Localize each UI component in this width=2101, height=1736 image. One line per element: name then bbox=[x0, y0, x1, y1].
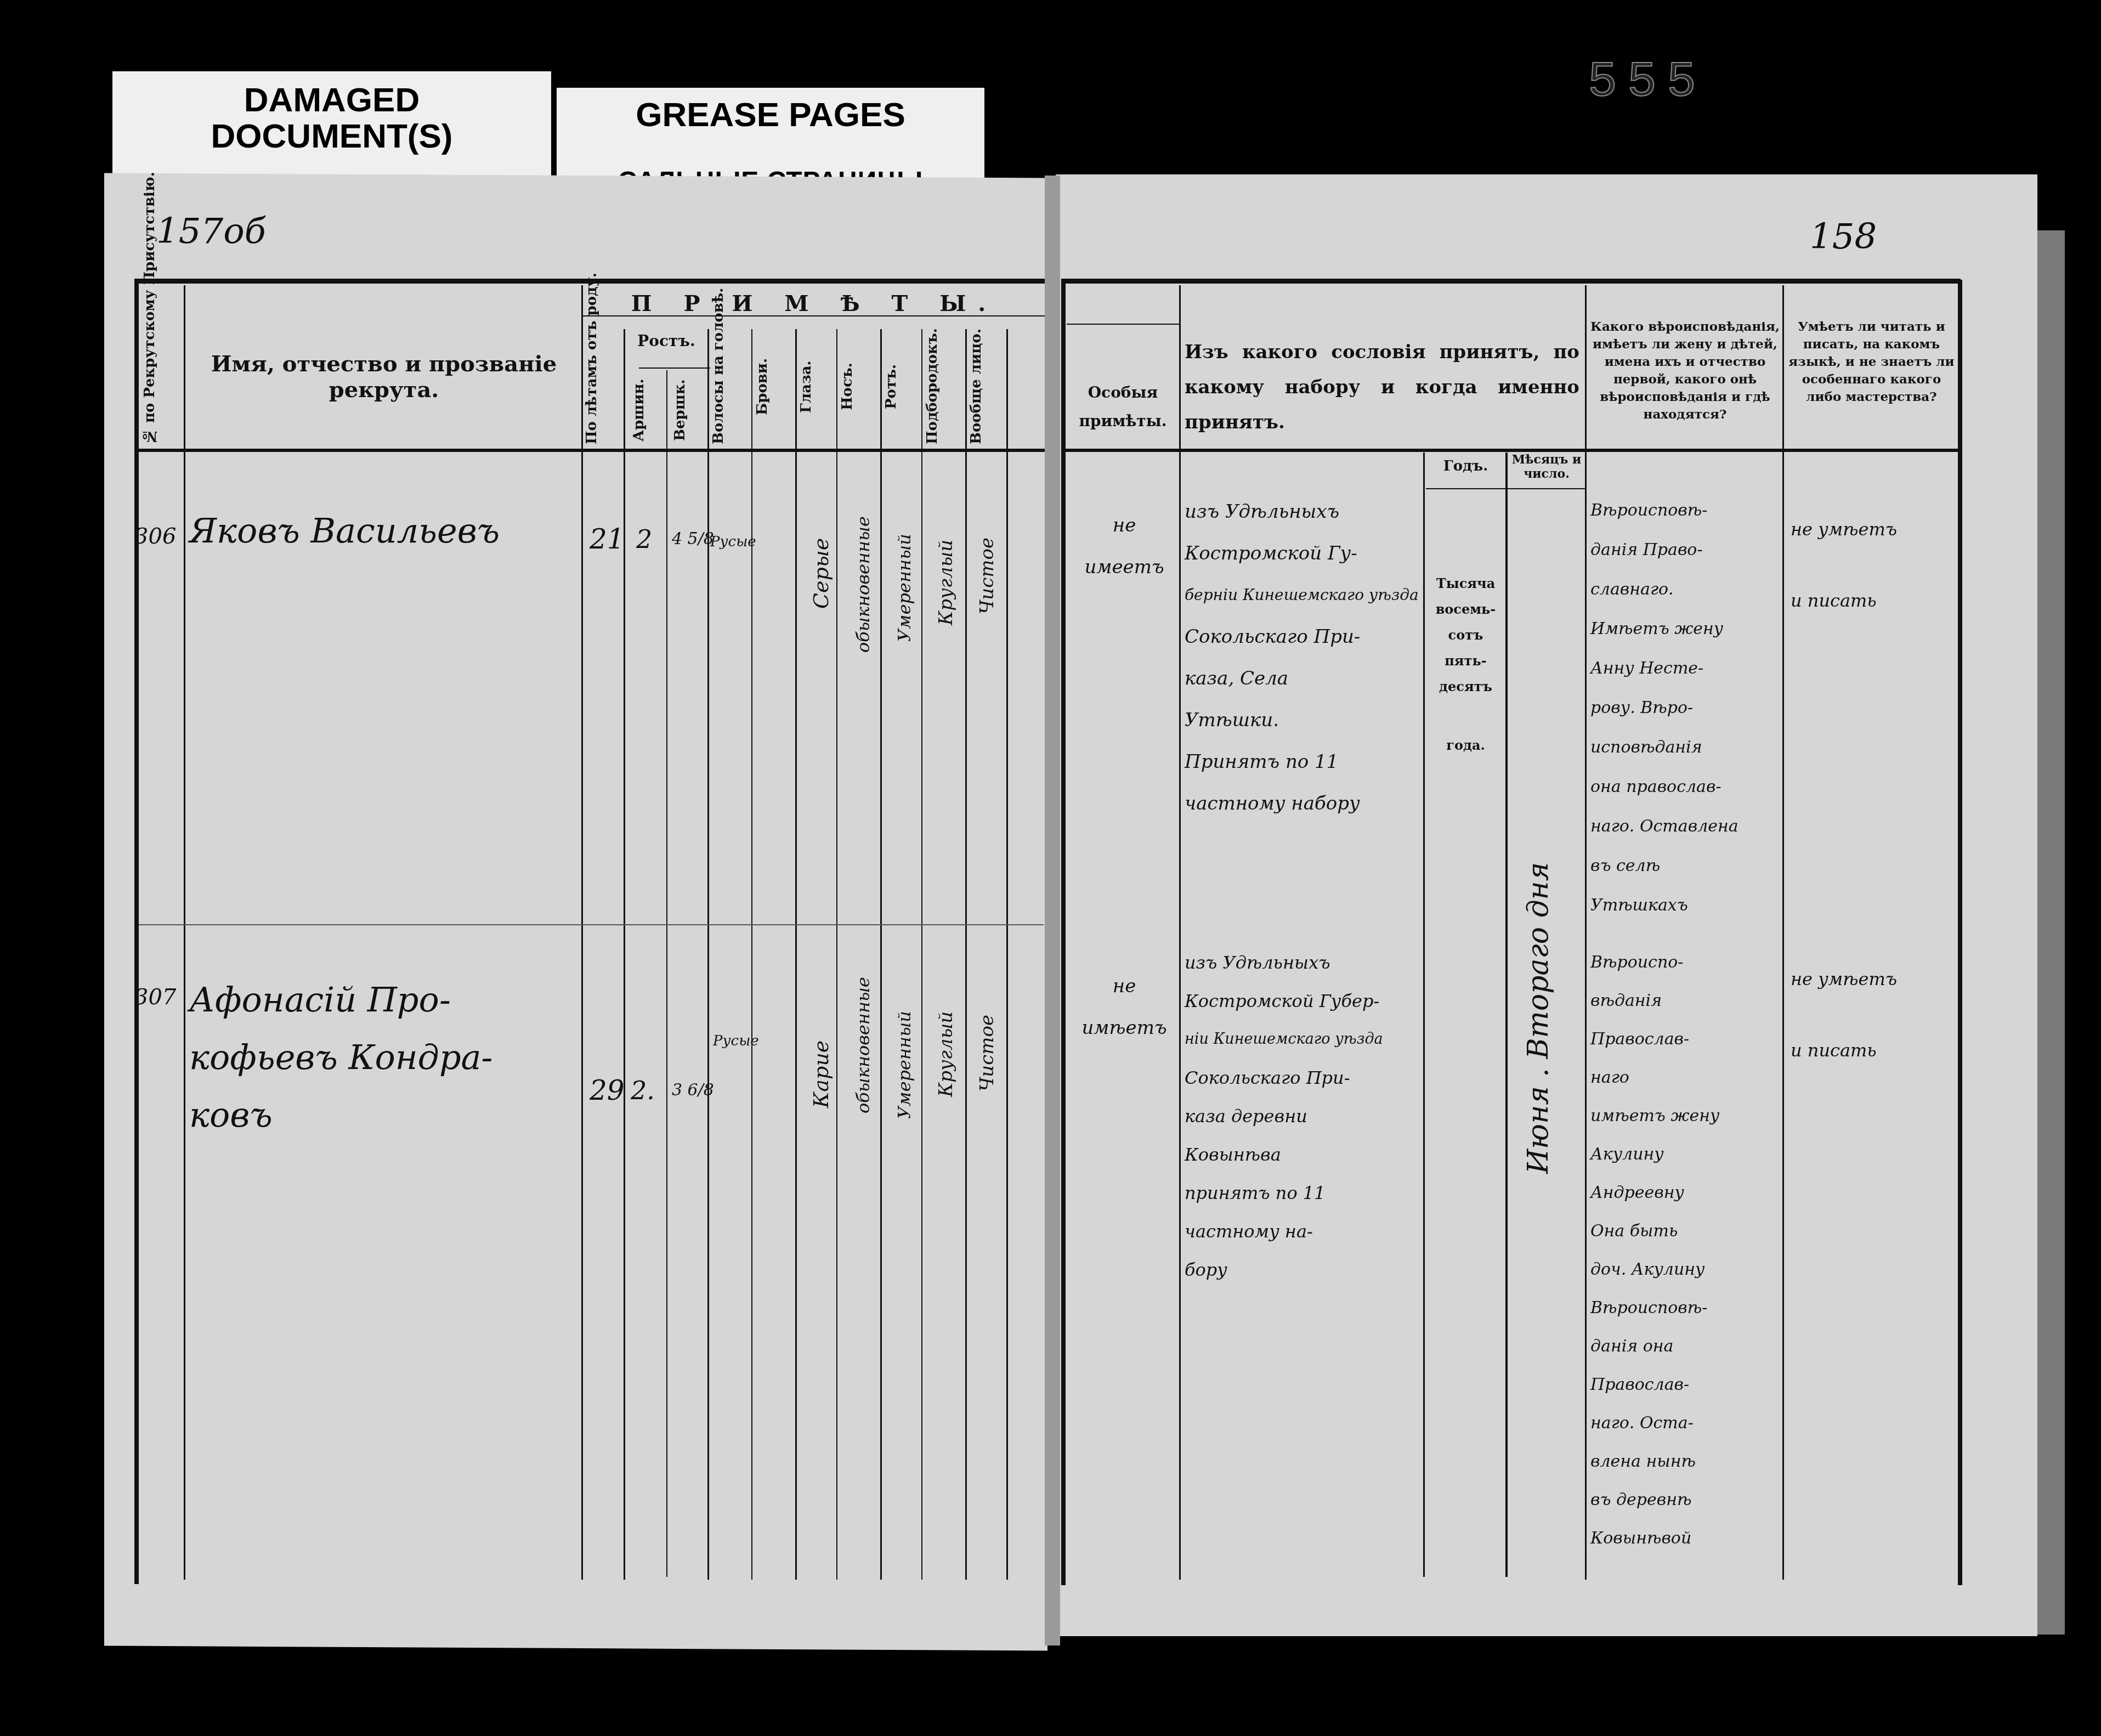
header-vershok: Вершк. bbox=[672, 376, 702, 444]
month-day-value: Июня . Втораго дня bbox=[1522, 647, 1555, 1174]
header-number: № по Рекрутскому Присутствію. bbox=[141, 291, 180, 444]
left-row-divider bbox=[139, 924, 1044, 925]
col-divider bbox=[184, 285, 185, 1580]
header-eyes: Глаза. bbox=[798, 329, 834, 444]
estate-line: бору bbox=[1185, 1251, 1420, 1289]
right-outer-border-left bbox=[1061, 280, 1066, 1585]
grease-pages-tab: GREASE PAGES САЛЬНЫЕ СТРАНИЦЫ bbox=[557, 88, 984, 178]
religion-line: Православ- bbox=[1590, 1366, 1780, 1404]
row2-arshin: 2. bbox=[631, 1070, 655, 1111]
damaged-documents-tab: DAMAGED DOCUMENT(S) bbox=[112, 71, 551, 178]
estate-line: берніи Кинешемскаго уѣзда bbox=[1185, 574, 1420, 616]
left-outer-border bbox=[134, 279, 139, 1584]
year-word: сотъ пять- bbox=[1426, 622, 1505, 674]
year-word: восемь- bbox=[1426, 596, 1505, 622]
row1-face: Чистое bbox=[976, 488, 998, 614]
header-literacy: Умѣетъ ли читать и писать, на какомъ язы… bbox=[1785, 318, 1958, 406]
religion-line: наго. Оставлена bbox=[1590, 807, 1780, 846]
religion-line: Имѣетъ жену bbox=[1590, 609, 1780, 649]
estate-line: Ковынѣва bbox=[1185, 1135, 1420, 1174]
right-outer-border-right bbox=[1958, 280, 1962, 1585]
row2-eyes: обыкновенные bbox=[853, 932, 874, 1113]
right-page-number: 158 bbox=[1810, 217, 1877, 257]
header-age: По лѣтамъ отъ роду. bbox=[584, 329, 622, 444]
estate-line: частному набору bbox=[1185, 783, 1420, 824]
col-divider bbox=[795, 329, 797, 1580]
header-estate: Изъ какого сословія принятъ, по какому н… bbox=[1185, 335, 1579, 440]
estate-line: Сокольскаго При- bbox=[1185, 616, 1420, 658]
header-hair: Волосы на головѣ. bbox=[710, 329, 749, 444]
col-divider bbox=[1585, 285, 1587, 1580]
estate-line: каза деревни bbox=[1185, 1097, 1420, 1135]
row2-special: не имѣетъ bbox=[1075, 965, 1174, 1049]
row1-literacy: не умѣетъ и писать bbox=[1791, 494, 1955, 636]
header-face: Вообще лицо. bbox=[968, 329, 1004, 444]
religion-line: Вѣроиспо- bbox=[1590, 943, 1780, 982]
religion-line: данія она bbox=[1590, 1327, 1780, 1366]
header-name: Имя, отчество и прозваніе рекрута. bbox=[189, 351, 579, 403]
estate-line: частному на- bbox=[1185, 1212, 1420, 1251]
estate-line: Утѣшки. bbox=[1185, 699, 1420, 741]
row1-vershok: 4 5/8 bbox=[672, 518, 714, 560]
right-header-bottom-border bbox=[1061, 449, 1961, 452]
height-divider bbox=[639, 367, 710, 369]
estate-line: ніи Кинешемскаго уѣзда bbox=[1185, 1020, 1420, 1059]
religion-line: она православ- bbox=[1590, 767, 1780, 807]
row1-age: 21 bbox=[590, 518, 625, 560]
left-page-number: 157об bbox=[156, 211, 266, 252]
estate-line: Принятъ по 11 bbox=[1185, 741, 1420, 783]
religion-line: Утѣшкахъ bbox=[1590, 886, 1780, 925]
literacy-line: не умѣетъ bbox=[1791, 494, 1955, 565]
col-divider bbox=[965, 329, 967, 1580]
row1-hair: Русые bbox=[710, 521, 756, 563]
row1-number: 306 bbox=[134, 516, 176, 557]
col-divider bbox=[751, 329, 752, 1580]
left-header-bottom-border bbox=[134, 449, 1045, 452]
row1-estate: изъ Удѣльныхъ Костромской Гу- берніи Кин… bbox=[1185, 491, 1420, 824]
right-table-top-border bbox=[1061, 279, 1961, 284]
row2-vershok: 3 6/8 bbox=[672, 1070, 714, 1111]
religion-line: Православ- bbox=[1590, 1020, 1780, 1059]
religion-line: наго bbox=[1590, 1059, 1780, 1097]
row2-estate: изъ Удѣльныхъ Костромской Губер- ніи Кин… bbox=[1185, 943, 1420, 1289]
estate-line: каза, Села bbox=[1185, 658, 1420, 699]
row2-mouth: Круглый bbox=[935, 954, 957, 1097]
header-primety: П Р И М Ѣ Т Ы. bbox=[584, 291, 1045, 316]
religion-line: вѣданія bbox=[1590, 982, 1780, 1020]
religion-line: данія Право- bbox=[1590, 530, 1780, 570]
book-spine bbox=[1045, 176, 1060, 1645]
header-mouth: Ротъ. bbox=[883, 329, 919, 444]
row2-face: Чистое bbox=[976, 960, 998, 1092]
row2-number: 307 bbox=[134, 976, 176, 1018]
row2-name-line: ковъ bbox=[189, 1086, 493, 1144]
row1-arshin: 2 bbox=[636, 518, 652, 560]
damaged-line2: DOCUMENT(S) bbox=[112, 118, 551, 155]
row2-name-line: кофьевъ Кондра- bbox=[189, 1028, 493, 1086]
religion-line: Она быть bbox=[1590, 1212, 1780, 1251]
row2-nose: Умеренный bbox=[894, 965, 915, 1119]
col-divider bbox=[836, 329, 837, 1580]
printed-year: Тысяча восемь- сотъ пять- десятъ года. bbox=[1426, 570, 1505, 758]
religion-line: доч. Акулину bbox=[1590, 1251, 1780, 1289]
col-divider bbox=[1782, 285, 1784, 1580]
header-religion: Какого вѣроисповѣданія, имѣетъ ли жену и… bbox=[1588, 318, 1782, 423]
row2-religion: Вѣроиспо- вѣданія Православ- наго имѣетъ… bbox=[1590, 943, 1780, 1558]
year-word: года. bbox=[1426, 732, 1505, 758]
header-nose: Носъ. bbox=[839, 329, 877, 444]
estate-line: изъ Удѣльныхъ bbox=[1185, 491, 1420, 533]
estate-line: Костромской Губер- bbox=[1185, 982, 1420, 1020]
year-word: десятъ bbox=[1426, 674, 1505, 699]
row2-literacy: не умѣетъ и писать bbox=[1791, 943, 1955, 1086]
col-divider bbox=[921, 329, 922, 1580]
header-year: Годъ. bbox=[1426, 458, 1505, 474]
religion-line: влена нынѣ bbox=[1590, 1443, 1780, 1481]
literacy-line: и писать bbox=[1791, 1015, 1955, 1086]
religion-line: въ деревнѣ bbox=[1590, 1481, 1780, 1519]
religion-line: имѣетъ жену bbox=[1590, 1097, 1780, 1135]
religion-line: рову. Вѣро- bbox=[1590, 688, 1780, 728]
estate-line: изъ Удѣльныхъ bbox=[1185, 943, 1420, 982]
literacy-line: и писать bbox=[1791, 565, 1955, 636]
religion-line: исповѣданія bbox=[1590, 728, 1780, 767]
col-divider bbox=[1179, 285, 1181, 1580]
row1-mouth: Круглый bbox=[935, 494, 957, 625]
row1-name: Яковъ Васильевъ bbox=[189, 510, 500, 552]
row1-brows: Серые bbox=[809, 510, 833, 609]
religion-line: славнаго. bbox=[1590, 570, 1780, 609]
damaged-line1: DAMAGED bbox=[112, 82, 551, 118]
col-divider bbox=[707, 329, 709, 1580]
header-chin: Подбородокъ. bbox=[924, 329, 962, 444]
header-special: Особыя примѣты. bbox=[1067, 378, 1179, 436]
literacy-line: не умѣетъ bbox=[1791, 943, 1955, 1015]
religion-line: въ селѣ bbox=[1590, 846, 1780, 886]
page-stack-edge bbox=[2037, 230, 2065, 1635]
religion-line: наго. Оста- bbox=[1590, 1404, 1780, 1443]
row2-name-line: Афонасій Про- bbox=[189, 971, 493, 1028]
col-divider bbox=[1423, 453, 1425, 1577]
archive-stamp: 555 bbox=[1588, 55, 1706, 111]
col-divider bbox=[666, 370, 667, 1577]
religion-line: Вѣроисповѣ- bbox=[1590, 1289, 1780, 1327]
grease-title: GREASE PAGES bbox=[557, 95, 984, 134]
row2-age: 29 bbox=[590, 1070, 625, 1111]
header-height: Ростъ. bbox=[625, 332, 707, 350]
religion-line: Андреевну bbox=[1590, 1174, 1780, 1212]
header-month: Мѣсяцъ и число. bbox=[1508, 453, 1585, 481]
col-divider bbox=[880, 329, 882, 1580]
col-divider bbox=[581, 285, 583, 1580]
religion-line: Ковынѣвой bbox=[1590, 1519, 1780, 1558]
row1-nose: Умеренный bbox=[894, 494, 915, 642]
col-divider bbox=[624, 329, 625, 1580]
col-divider bbox=[1006, 329, 1008, 1580]
special-divider bbox=[1067, 324, 1179, 325]
row1-religion: Вѣроисповѣ- данія Право- славнаго. Имѣет… bbox=[1590, 491, 1780, 925]
religion-line: Вѣроисповѣ- bbox=[1590, 491, 1780, 530]
estate-line: Сокольскаго При- bbox=[1185, 1059, 1420, 1097]
religion-line: Акулину bbox=[1590, 1135, 1780, 1174]
religion-line: Анну Несте- bbox=[1590, 649, 1780, 688]
row2-hair: Русые bbox=[713, 1020, 759, 1062]
col-divider bbox=[1505, 453, 1508, 1577]
row2-brows: Карие bbox=[809, 987, 833, 1108]
header-arshin: Аршин. bbox=[631, 376, 661, 444]
row1-eyes: обыкновенные bbox=[853, 494, 874, 653]
row1-special: не имеетъ bbox=[1075, 505, 1174, 588]
row2-name: Афонасій Про- кофьевъ Кондра- ковъ bbox=[189, 971, 493, 1144]
year-word: Тысяча bbox=[1426, 570, 1505, 596]
header-brows: Брови. bbox=[754, 329, 792, 444]
estate-line: Костромской Гу- bbox=[1185, 533, 1420, 574]
estate-line: принятъ по 11 bbox=[1185, 1174, 1420, 1212]
